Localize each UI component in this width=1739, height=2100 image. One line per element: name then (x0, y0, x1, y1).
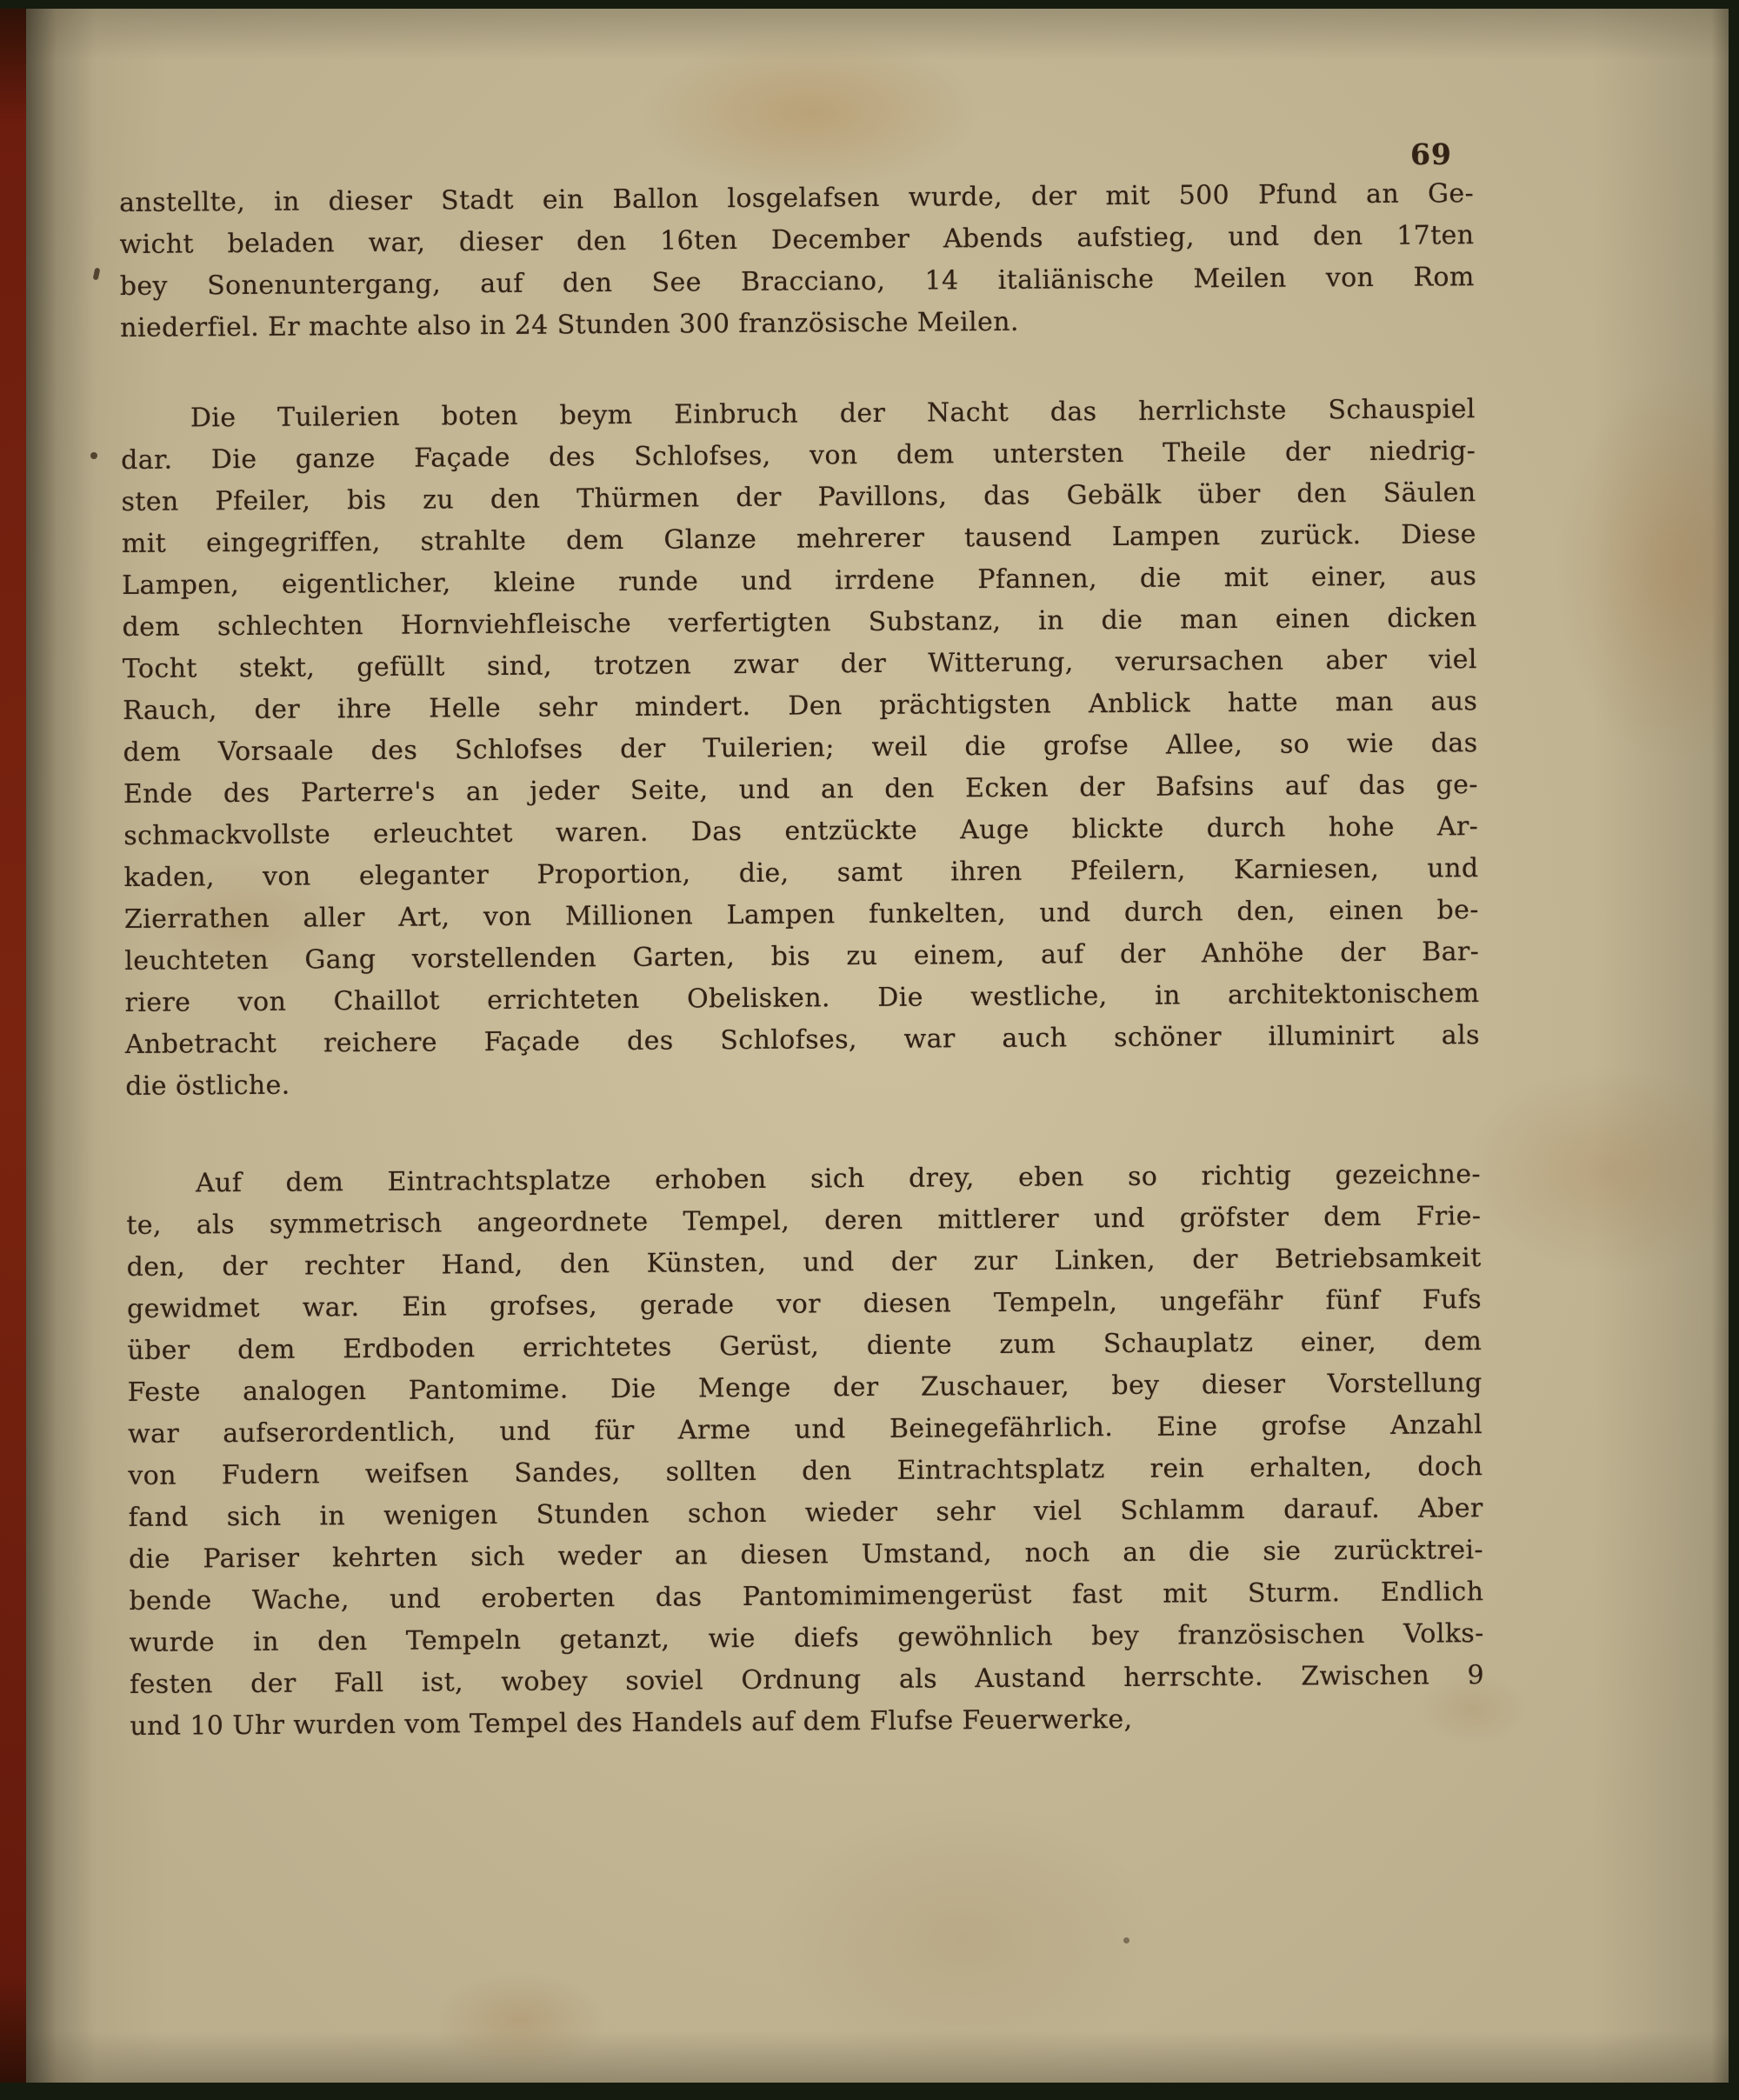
paragraph: Die Tuilerien boten beym Einbruch der Na… (121, 389, 1481, 1108)
paragraph: anstellte, in dieser Stadt ein Ballon lo… (119, 173, 1475, 350)
book-spine (0, 0, 26, 2100)
paragraph: Auf dem Eintrachtsplatze erhoben sich dr… (126, 1154, 1485, 1748)
ink-speck (1123, 1937, 1129, 1943)
scan-border-top (0, 0, 1739, 9)
page-number: 69 (1410, 137, 1452, 171)
text-line: niederfiel. Er machte also in 24 Stunden… (120, 298, 1475, 350)
scan-border-right (1729, 0, 1739, 2100)
scan-border-bottom (0, 2083, 1739, 2100)
page-text-block: anstellte, in dieser Stadt ein Ballon lo… (119, 173, 1485, 1748)
scanned-book-page: 69 anstellte, in dieser Stadt ein Ballon… (0, 0, 1739, 2100)
ink-speck (90, 452, 97, 459)
